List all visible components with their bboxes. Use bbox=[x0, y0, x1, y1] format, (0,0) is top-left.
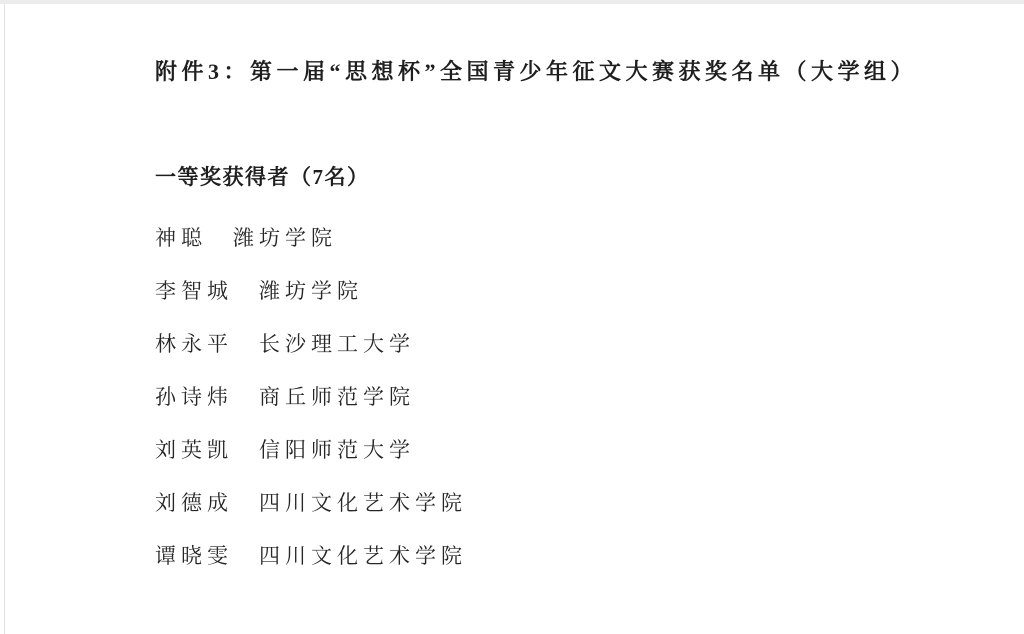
winner-school: 商丘师范学院 bbox=[259, 381, 415, 411]
winner-row: 谭晓雯四川文化艺术学院 bbox=[155, 528, 855, 581]
winner-row: 神聪潍坊学院 bbox=[155, 210, 855, 263]
winner-name: 刘德成 bbox=[155, 487, 233, 517]
winner-school: 长沙理工大学 bbox=[259, 328, 415, 358]
winner-name: 孙诗炜 bbox=[155, 381, 233, 411]
winner-name: 李智城 bbox=[155, 275, 233, 305]
winner-school: 潍坊学院 bbox=[259, 275, 363, 305]
viewer-left-edge bbox=[4, 4, 5, 634]
winner-school: 信阳师范大学 bbox=[259, 434, 415, 464]
winner-school: 四川文化艺术学院 bbox=[259, 487, 467, 517]
winner-name: 刘英凯 bbox=[155, 434, 233, 464]
first-prize-section-heading: 一等奖获得者（7名） bbox=[155, 161, 370, 191]
winner-row: 孙诗炜商丘师范学院 bbox=[155, 369, 855, 422]
winner-name: 谭晓雯 bbox=[155, 540, 233, 570]
winner-row: 李智城潍坊学院 bbox=[155, 263, 855, 316]
winner-name: 林永平 bbox=[155, 328, 233, 358]
winner-row: 林永平长沙理工大学 bbox=[155, 316, 855, 369]
winner-row: 刘英凯信阳师范大学 bbox=[155, 422, 855, 475]
winner-list: 神聪潍坊学院李智城潍坊学院林永平长沙理工大学孙诗炜商丘师范学院刘英凯信阳师范大学… bbox=[155, 210, 855, 581]
winner-name: 神聪 bbox=[155, 222, 207, 252]
winner-school: 潍坊学院 bbox=[233, 222, 337, 252]
document-title: 附件3：第一届“思想杯”全国青少年征文大赛获奖名单（大学组） bbox=[155, 55, 917, 86]
document-page: 附件3：第一届“思想杯”全国青少年征文大赛获奖名单（大学组） 一等奖获得者（7名… bbox=[0, 0, 1024, 634]
winner-row: 刘德成四川文化艺术学院 bbox=[155, 475, 855, 528]
winner-school: 四川文化艺术学院 bbox=[259, 540, 467, 570]
viewer-top-edge bbox=[0, 0, 1024, 4]
